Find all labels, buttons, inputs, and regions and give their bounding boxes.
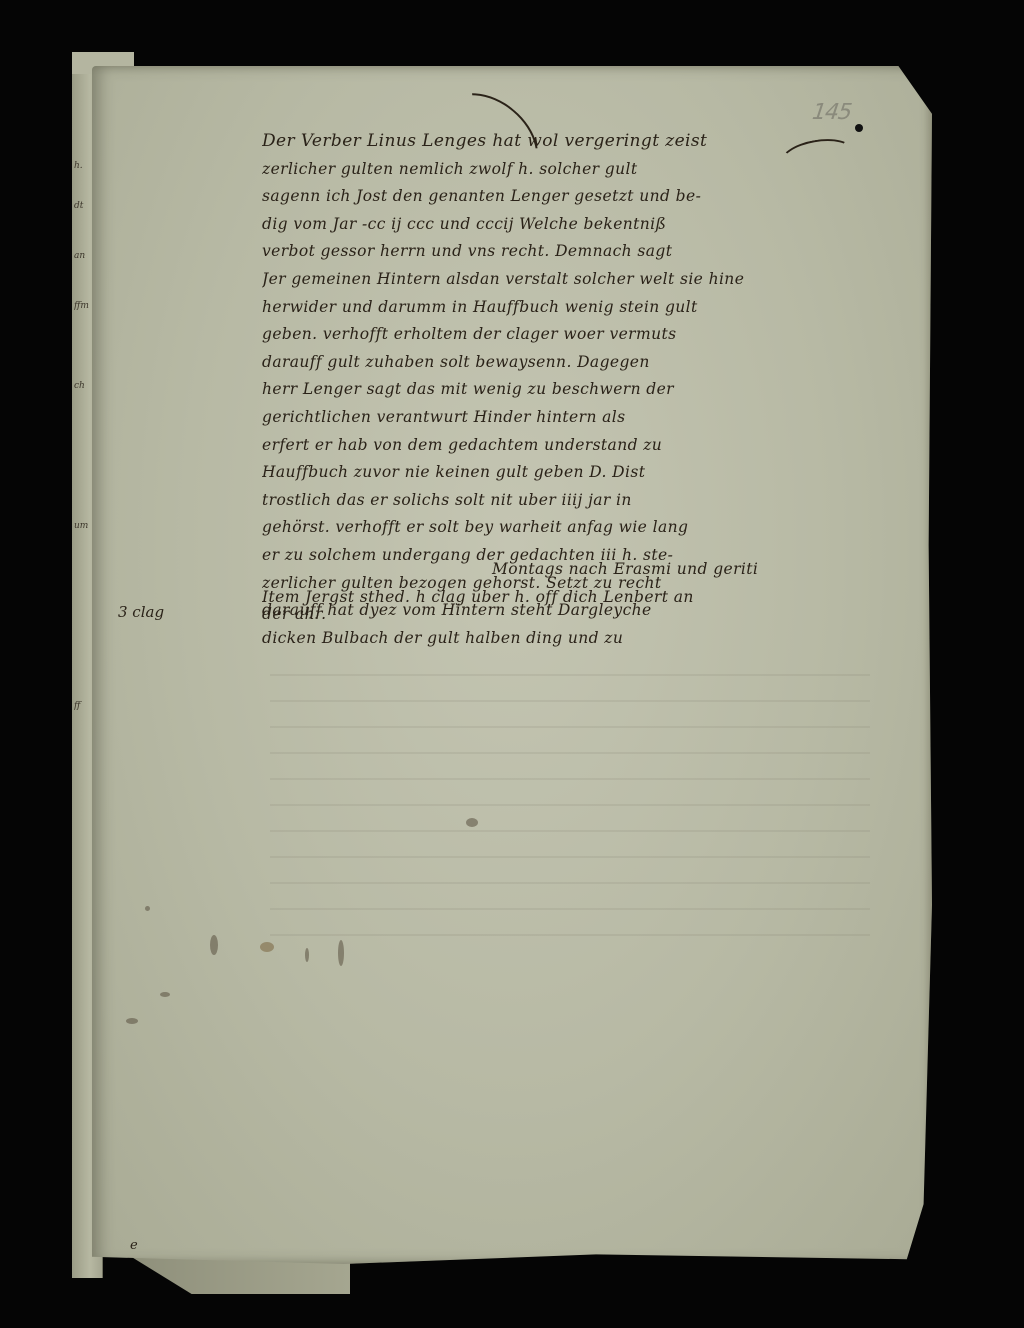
ink-stain (260, 942, 274, 952)
manuscript-line: zerlicher gulten nemlich zwolf h. solche… (262, 156, 912, 184)
manuscript-line: dicken Bulbach der gult halben ding und … (262, 625, 912, 653)
manuscript-line: erfert er hab von dem gedachtem understa… (262, 432, 912, 460)
margin-note: 3 clag (118, 603, 164, 621)
ink-stain (145, 906, 150, 911)
ink-stain (338, 940, 344, 966)
manuscript-line: gerichtlichen verantwurt Hinder hintern … (262, 404, 912, 432)
manuscript-line: gehörst. verhofft er solt bey warheit an… (262, 514, 912, 542)
manuscript-line: Der Verber Linus Lenges hat wol vergerin… (262, 128, 912, 156)
date-heading: Montags nach Erasmi und geriti (262, 556, 912, 584)
manuscript-line: Jer gemeinen Hintern alsdan verstalt sol… (262, 266, 912, 294)
ink-stain (126, 1018, 138, 1024)
folio-number: 145 (808, 100, 855, 125)
manuscript-line: Hauffbuch zuvor nie keinen gult geben D.… (262, 459, 912, 487)
ink-stain (466, 818, 478, 827)
manuscript-line: verbot gessor herrn und vns recht. Demna… (262, 238, 912, 266)
corner-mark: e (130, 1238, 138, 1253)
manuscript-line: dig vom Jar -cc ij ccc und cccij Welche … (262, 211, 912, 239)
manuscript-line: sagenn ich Jost den genanten Lenger gese… (262, 183, 912, 211)
manuscript-line: darauff gult zuhaben solt bewaysenn. Dag… (262, 349, 912, 377)
manuscript-line: trostlich das er solichs solt nit uber i… (262, 487, 912, 515)
manuscript-line: herwider und darumm in Hauffbuch wenig s… (262, 294, 912, 322)
ink-stain (160, 992, 170, 997)
entry-2-text-block: Montags nach Erasmi und geriti Item Jerg… (262, 556, 912, 629)
manuscript-line: geben. verhofft erholtem der clager woer… (262, 321, 912, 349)
bleed-through-text (270, 650, 870, 950)
ink-stain (210, 935, 218, 955)
manuscript-line: herr Lenger sagt das mit wenig zu beschw… (262, 376, 912, 404)
ink-stain (305, 948, 309, 962)
